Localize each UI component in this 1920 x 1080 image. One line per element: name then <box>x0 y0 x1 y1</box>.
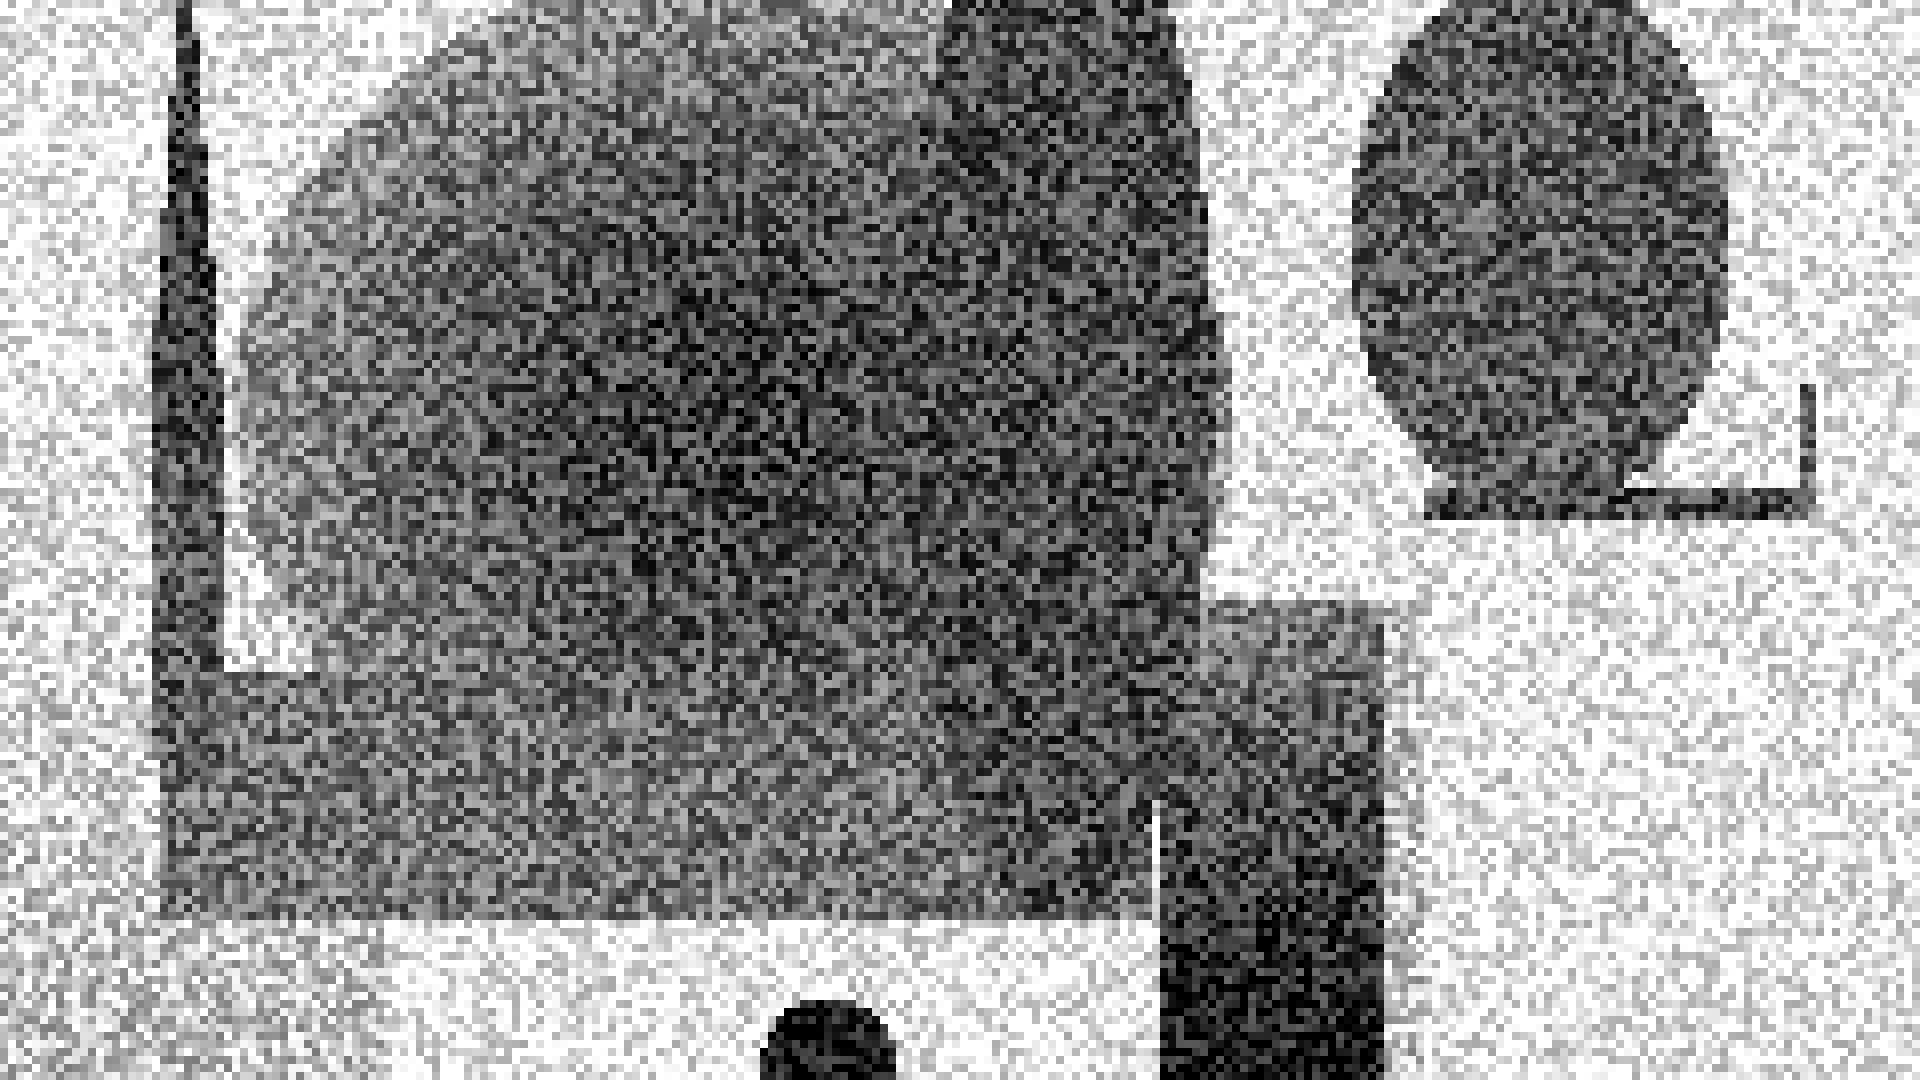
church-spire <box>130 0 290 720</box>
large-tree <box>320 0 1200 860</box>
ground <box>1200 520 1920 1080</box>
seated-figures <box>1370 0 1850 520</box>
